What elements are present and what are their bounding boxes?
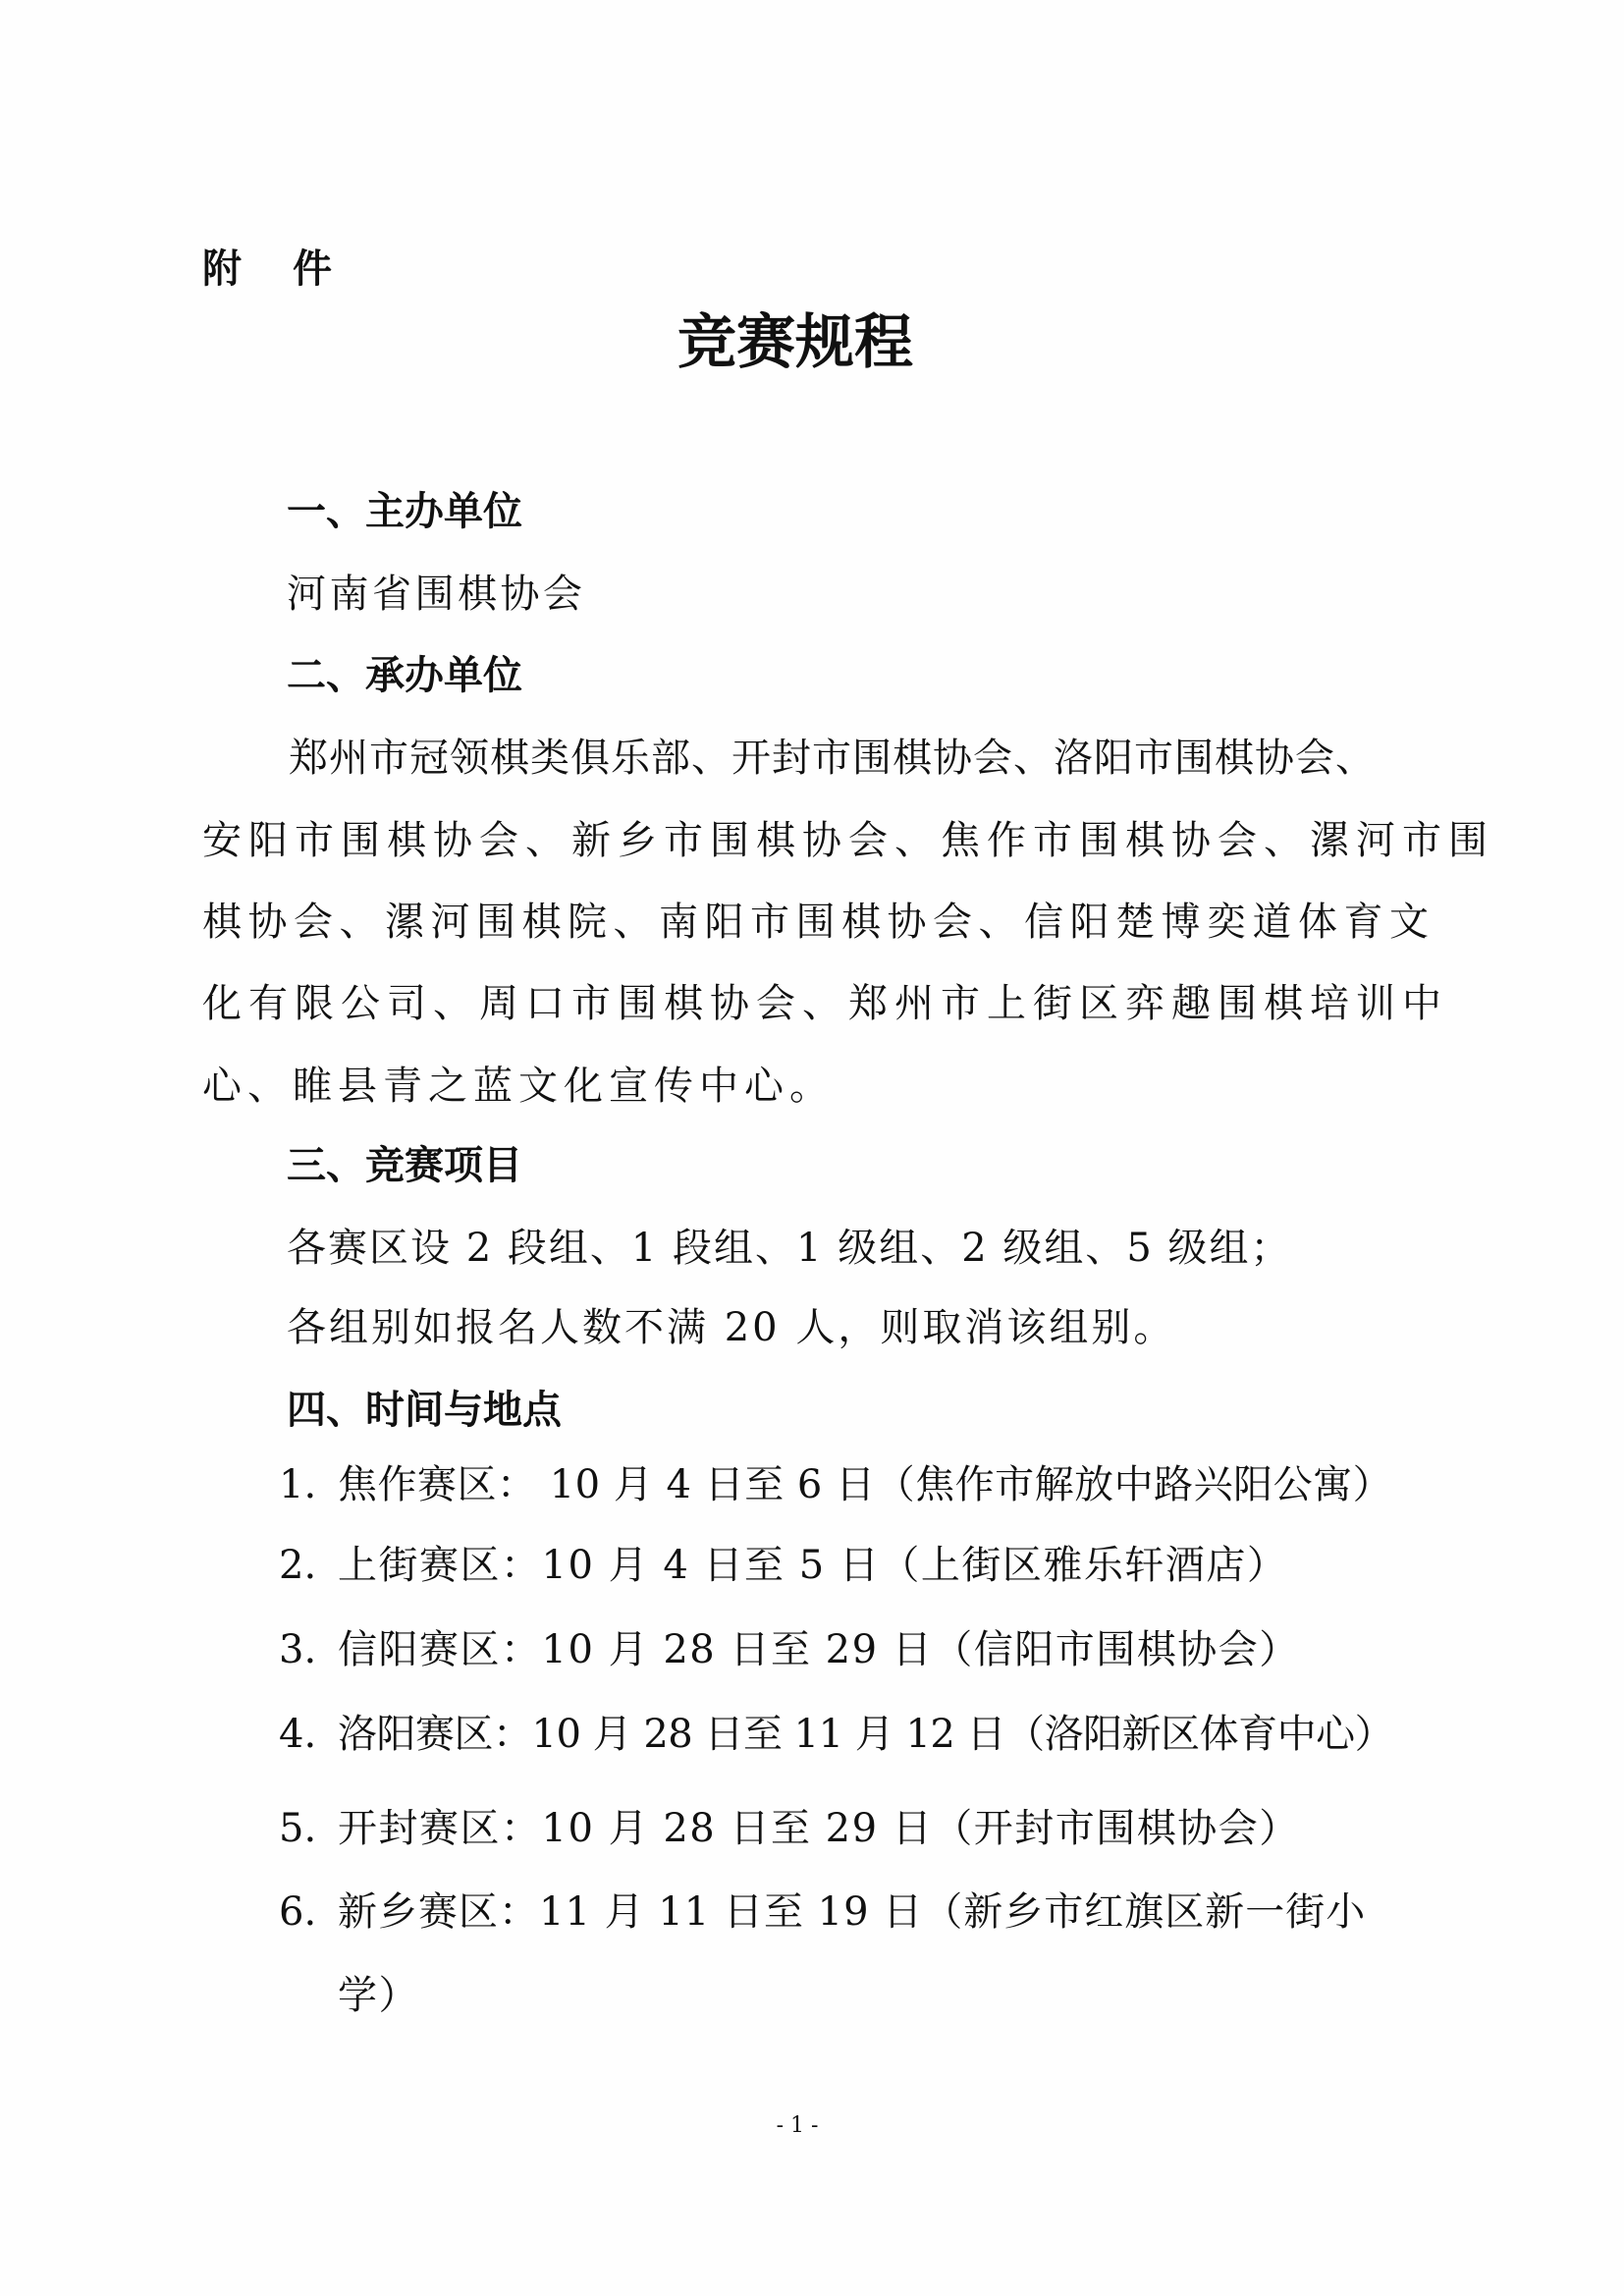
page-number: - 1 - [0, 2111, 1595, 2141]
schedule-item-text: 上街赛区：10 月 4 日至 5 日（上街区雅乐轩酒店） [338, 1542, 1287, 1589]
schedule-item-number: 4. [279, 1711, 338, 1758]
co-organizers-line-2: 安阳市围棋协会、新乡市围棋协会、焦作市围棋协会、漯河市围 [202, 817, 1494, 864]
schedule-item-text-continuation: 学） [338, 1972, 419, 2019]
schedule-item-1: 1. 焦作赛区： 10 月 4 日至 6 日（焦作市解放中路兴阳公寓） [279, 1461, 1392, 1508]
schedule-item-text: 信阳赛区：10 月 28 日至 29 日（信阳市围棋协会） [338, 1626, 1300, 1673]
schedule-item-6: 6. 新乡赛区：11 月 11 日至 19 日（新乡市红旗区新一街小 [279, 1888, 1366, 1936]
events-line-2: 各组别如报名人数不满 20 人，则取消该组别。 [287, 1304, 1175, 1351]
document-page: 附 件 竞赛规程 一、主办单位 河南省围棋协会 二、承办单位 郑州市冠领棋类俱乐… [0, 0, 1624, 2296]
document-title: 竞赛规程 [0, 308, 1591, 377]
schedule-item-text: 洛阳赛区：10 月 28 日至 11 月 12 日（洛阳新区体育中心） [338, 1711, 1393, 1758]
organizer-text: 河南省围棋协会 [287, 571, 586, 618]
co-organizers-line-3: 棋协会、漯河围棋院、南阳市围棋协会、信阳楚博奕道体育文 [202, 899, 1435, 946]
co-organizers-line-1: 郑州市冠领棋类俱乐部、开封市围棋协会、洛阳市围棋协会、 [289, 735, 1376, 782]
attachment-label-char-2: 件 [293, 246, 332, 293]
schedule-item-number: 3. [279, 1626, 338, 1673]
section-heading-events: 三、竞赛项目 [287, 1142, 522, 1189]
schedule-item-text: 焦作赛区： 10 月 4 日至 6 日（焦作市解放中路兴阳公寓） [338, 1461, 1392, 1508]
schedule-item-6-continuation: 学） [338, 1972, 419, 2019]
schedule-item-3: 3. 信阳赛区：10 月 28 日至 29 日（信阳市围棋协会） [279, 1626, 1300, 1673]
section-heading-co-organizers: 二、承办单位 [287, 652, 522, 699]
events-line-1: 各赛区设 2 段组、1 段组、1 级组、2 级组、5 级组； [287, 1225, 1292, 1272]
section-heading-organizer: 一、主办单位 [287, 488, 522, 535]
schedule-item-text: 开封赛区：10 月 28 日至 29 日（开封市围棋协会） [338, 1805, 1300, 1852]
attachment-label: 附 件 [202, 246, 332, 293]
schedule-item-2: 2. 上街赛区：10 月 4 日至 5 日（上街区雅乐轩酒店） [279, 1542, 1287, 1589]
schedule-item-text: 新乡赛区：11 月 11 日至 19 日（新乡市红旗区新一街小 [338, 1888, 1366, 1936]
schedule-item-number: 5. [279, 1805, 338, 1852]
schedule-item-number: 2. [279, 1542, 338, 1589]
attachment-label-char-1: 附 [202, 246, 242, 293]
schedule-item-4: 4. 洛阳赛区：10 月 28 日至 11 月 12 日（洛阳新区体育中心） [279, 1711, 1393, 1758]
co-organizers-line-4: 化有限公司、周口市围棋协会、郑州市上街区弈趣围棋培训中 [202, 980, 1448, 1027]
co-organizers-line-5: 心、睢县青之蓝文化宣传中心。 [202, 1063, 835, 1110]
schedule-item-number: 1. [279, 1461, 338, 1508]
section-heading-time-location: 四、时间与地点 [287, 1387, 562, 1434]
schedule-item-number: 6. [279, 1888, 338, 1936]
schedule-item-5: 5. 开封赛区：10 月 28 日至 29 日（开封市围棋协会） [279, 1805, 1300, 1852]
